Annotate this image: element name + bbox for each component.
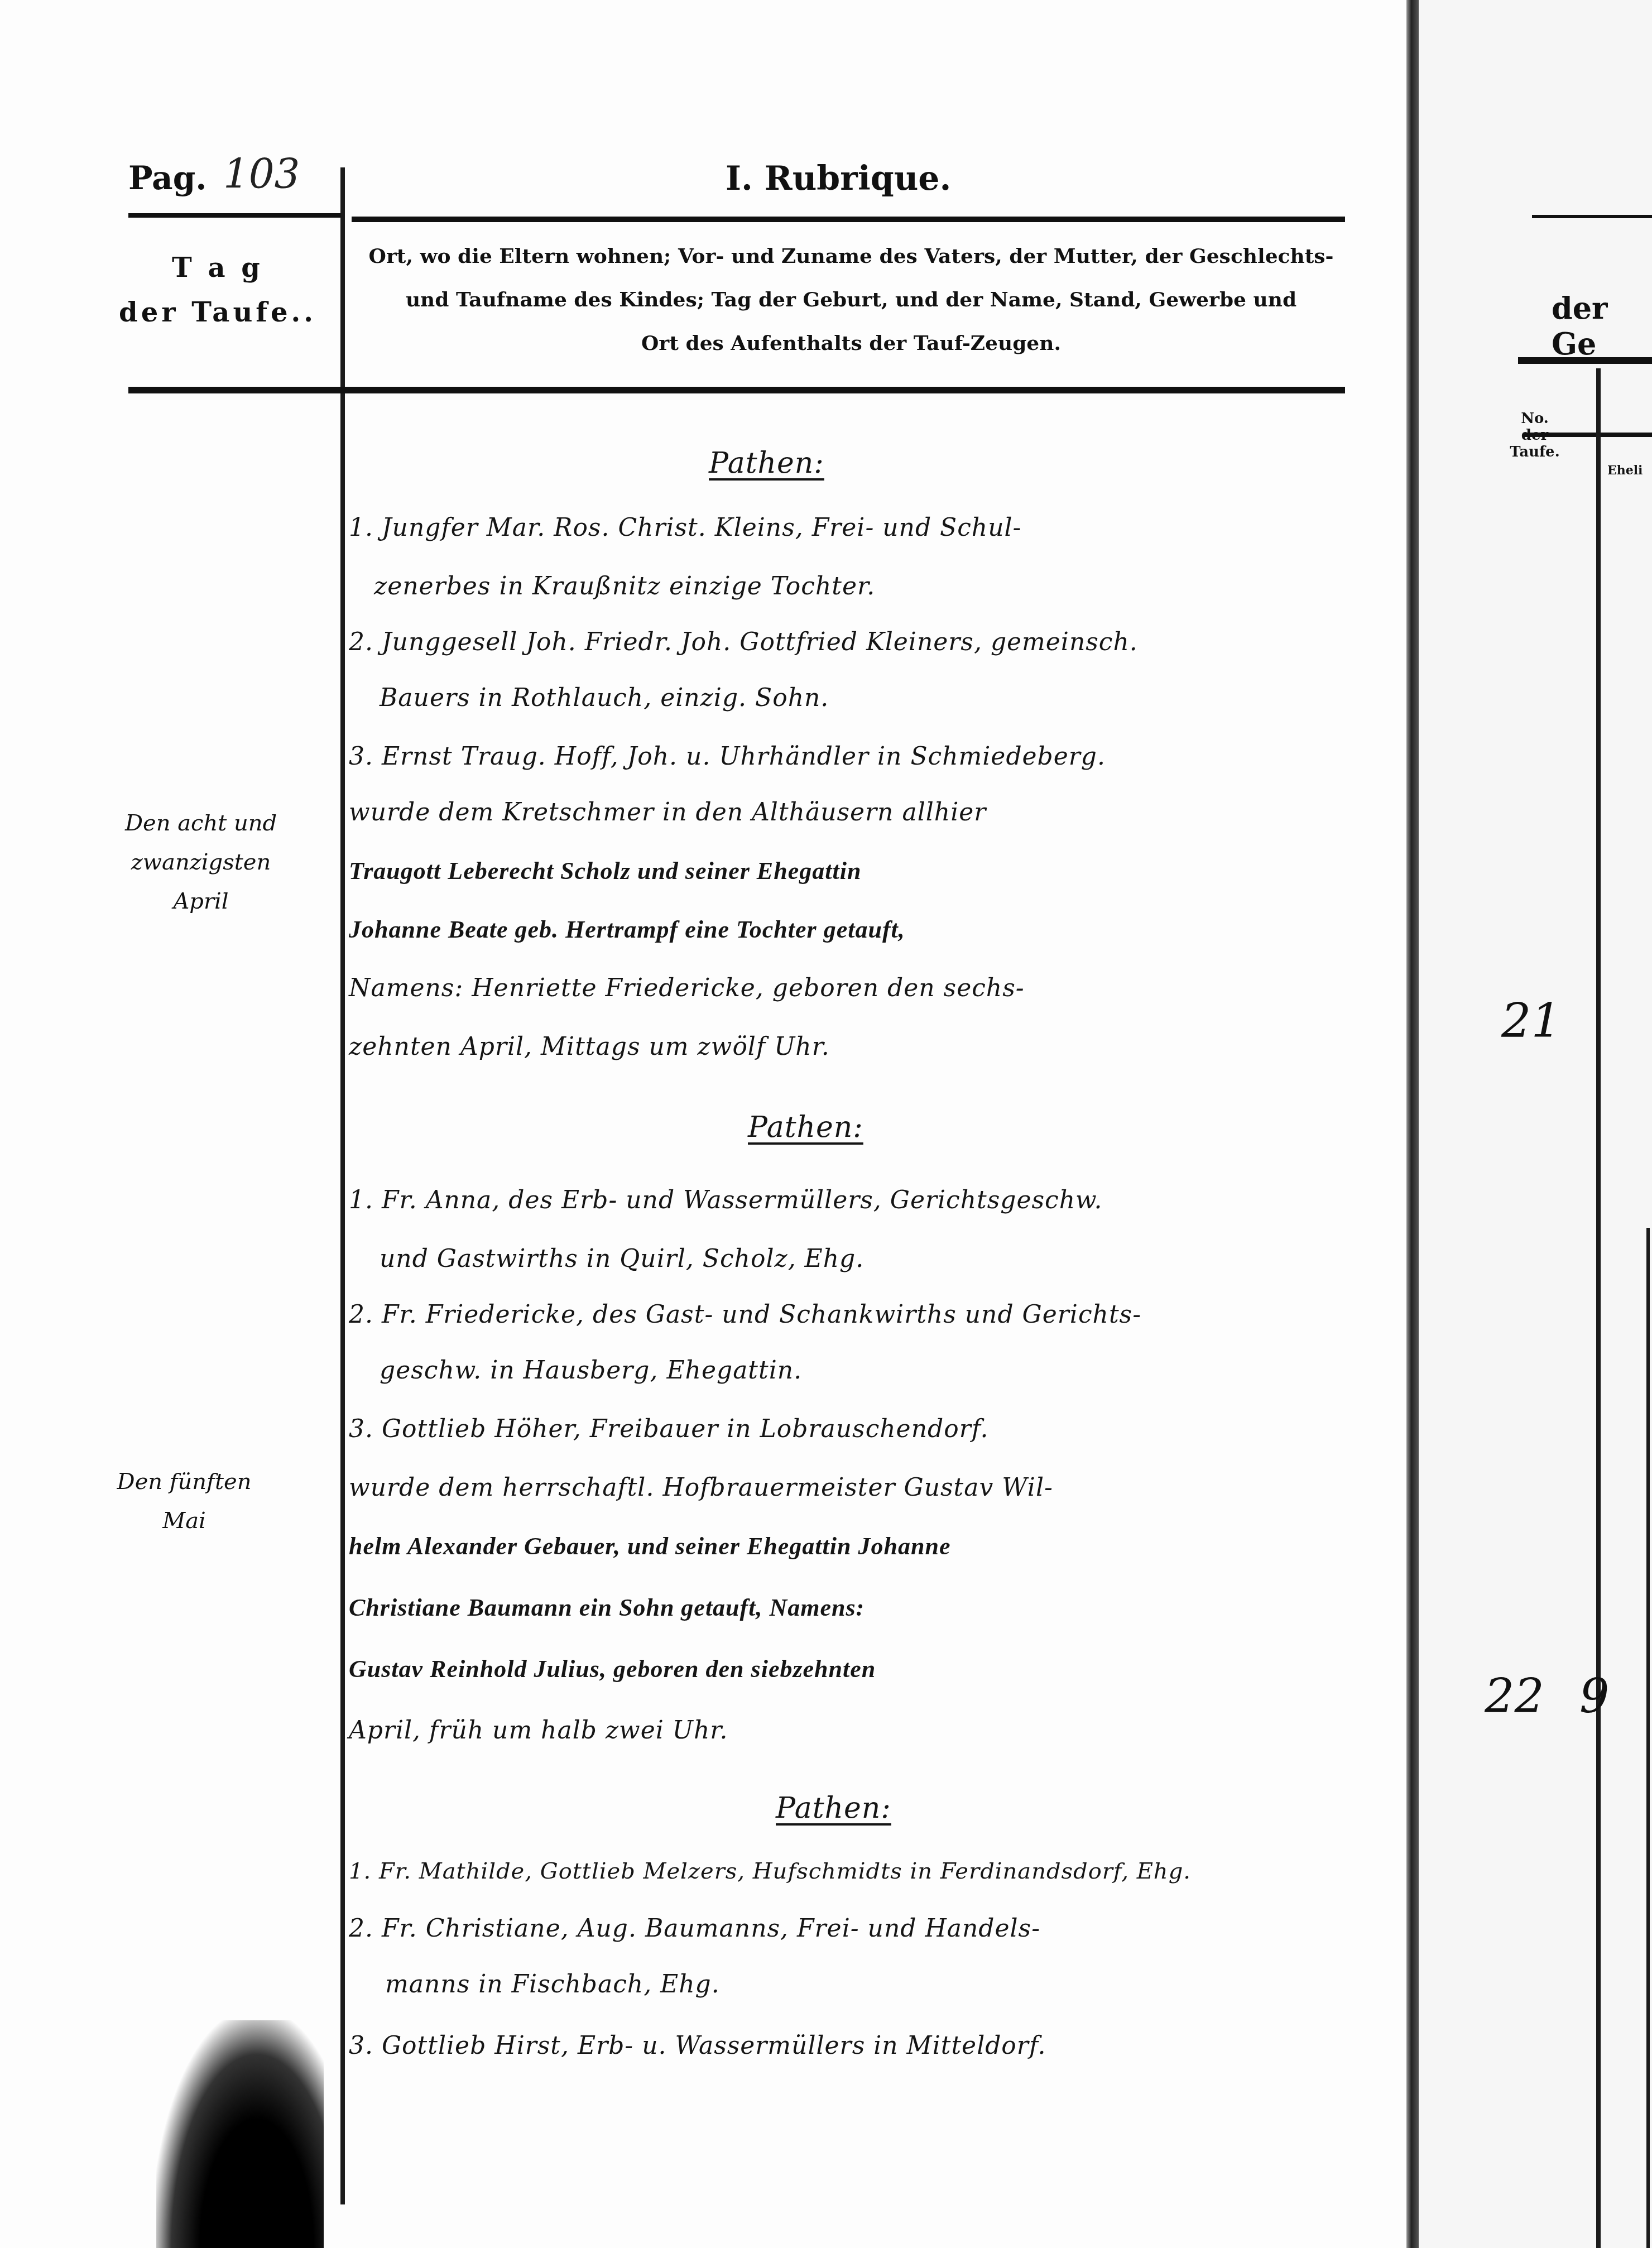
baptism-date-line2: Mai (78, 1501, 290, 1540)
rubric-title: I. Rubrique. (726, 159, 951, 198)
right-rule-1 (1532, 215, 1652, 218)
godparents-heading: Pathen: (709, 446, 824, 480)
register-sub-number: 9 (1579, 1669, 1609, 1723)
record-line: Christiane Baumann ein Sohn getauft, Nam… (349, 1593, 865, 1622)
godparent-line: 2. Junggesell Joh. Friedr. Joh. Gottfrie… (349, 628, 1138, 656)
godparent-line: 2. Fr. Friedericke, des Gast- und Schank… (349, 1300, 1141, 1329)
record-line: Gustav Reinhold Julius, geboren den sieb… (349, 1655, 876, 1683)
godparent-line: und Gastwirths in Quirl, Scholz, Ehg. (380, 1245, 864, 1273)
column-header-details-line3: Ort des Aufenthalts der Tauf-Zeugen. (357, 321, 1345, 365)
header-rule-top (128, 213, 340, 218)
register-number: 22 (1485, 1669, 1544, 1723)
godparent-line: geschw. in Hausberg, Ehegattin. (380, 1356, 802, 1385)
right-rule-2 (1518, 357, 1652, 364)
column-header-details: Ort, wo die Eltern wohnen; Vor- und Zuna… (357, 234, 1345, 365)
page-gutter (1406, 0, 1419, 2248)
header-rule-bottom (128, 387, 1345, 393)
record-line: helm Alexander Gebauer, und seiner Ehega… (349, 1532, 950, 1560)
page-number: 103 (223, 151, 300, 198)
page-label: Pag. (128, 159, 206, 197)
godparents-heading: Pathen: (776, 1791, 891, 1825)
column-header-day: T a g der Taufe.. (112, 246, 324, 335)
right-column-divider-2 (1646, 1228, 1650, 2248)
record-line: Traugott Leberecht Scholz und seiner Ehe… (349, 857, 861, 885)
record-line: zehnten April, Mittags um zwölf Uhr. (349, 1032, 830, 1061)
godparent-line: 3. Ernst Traug. Hoff, Joh. u. Uhrhändler… (349, 742, 1106, 771)
godparents-heading: Pathen: (748, 1111, 863, 1144)
baptism-date-line1: Den acht und (95, 804, 307, 843)
record-line: wurde dem Kretschmer in den Althäusern a… (349, 798, 986, 827)
godparent-line: 3. Gottlieb Höher, Freibauer in Lobrausc… (349, 1415, 988, 1443)
record-line: wurde dem herrschaftl. Hofbrauermeister … (349, 1473, 1053, 1502)
header-rule-top-right (352, 217, 1345, 222)
baptism-date-line1: Den fünften (78, 1462, 290, 1501)
record-line: Johanne Beate geb. Hertrampf eine Tochte… (349, 915, 905, 944)
godparent-line: Bauers in Rothlauch, einzig. Sohn. (380, 684, 829, 712)
godparent-line: 2. Fr. Christiane, Aug. Baumanns, Frei- … (349, 1914, 1040, 1943)
godparent-line: 3. Gottlieb Hirst, Erb- u. Wassermüllers… (349, 2031, 1046, 2060)
baptism-date-line2: zwanzigsten (95, 843, 307, 882)
column-header-details-line1: Ort, wo die Eltern wohnen; Vor- und Zuna… (357, 234, 1345, 278)
right-column-divider (1596, 368, 1601, 2248)
godparent-line: 1. Fr. Mathilde, Gottlieb Melzers, Hufsc… (349, 1858, 1191, 1884)
baptism-date-line3: April (95, 882, 307, 921)
column-header-day-line1: T a g (112, 246, 324, 290)
register-number: 21 (1501, 993, 1561, 1048)
record-line: Namens: Henriette Friedericke, geboren d… (349, 974, 1025, 1002)
godparent-line: 1. Jungfer Mar. Ros. Christ. Kleins, Fre… (349, 513, 1021, 542)
column-divider (340, 167, 345, 2204)
godparent-line: zenerbes in Kraußnitz einzige Tochter. (374, 572, 875, 601)
godparent-line: 1. Fr. Anna, des Erb- und Wassermüllers,… (349, 1186, 1103, 1214)
column-header-number-line3: Taufe. (1507, 444, 1563, 460)
right-page-heading: der Ge (1552, 290, 1652, 362)
godparent-line: manns in Fischbach, Ehg. (385, 1970, 720, 1999)
column-header-number-line1: No. (1507, 410, 1563, 427)
baptism-date: Den fünften Mai (78, 1462, 290, 1540)
column-header-details-line2: und Taufname des Kindes; Tag der Geburt,… (357, 278, 1345, 321)
right-rule-3 (1524, 433, 1652, 437)
column-header-day-line2: der Taufe.. (112, 290, 324, 335)
baptism-date: Den acht und zwanzigsten April (95, 804, 307, 921)
column-header-legitimate: Eheli (1607, 463, 1643, 478)
record-line: April, früh um halb zwei Uhr. (349, 1716, 728, 1745)
scan-shadow (156, 2020, 324, 2248)
